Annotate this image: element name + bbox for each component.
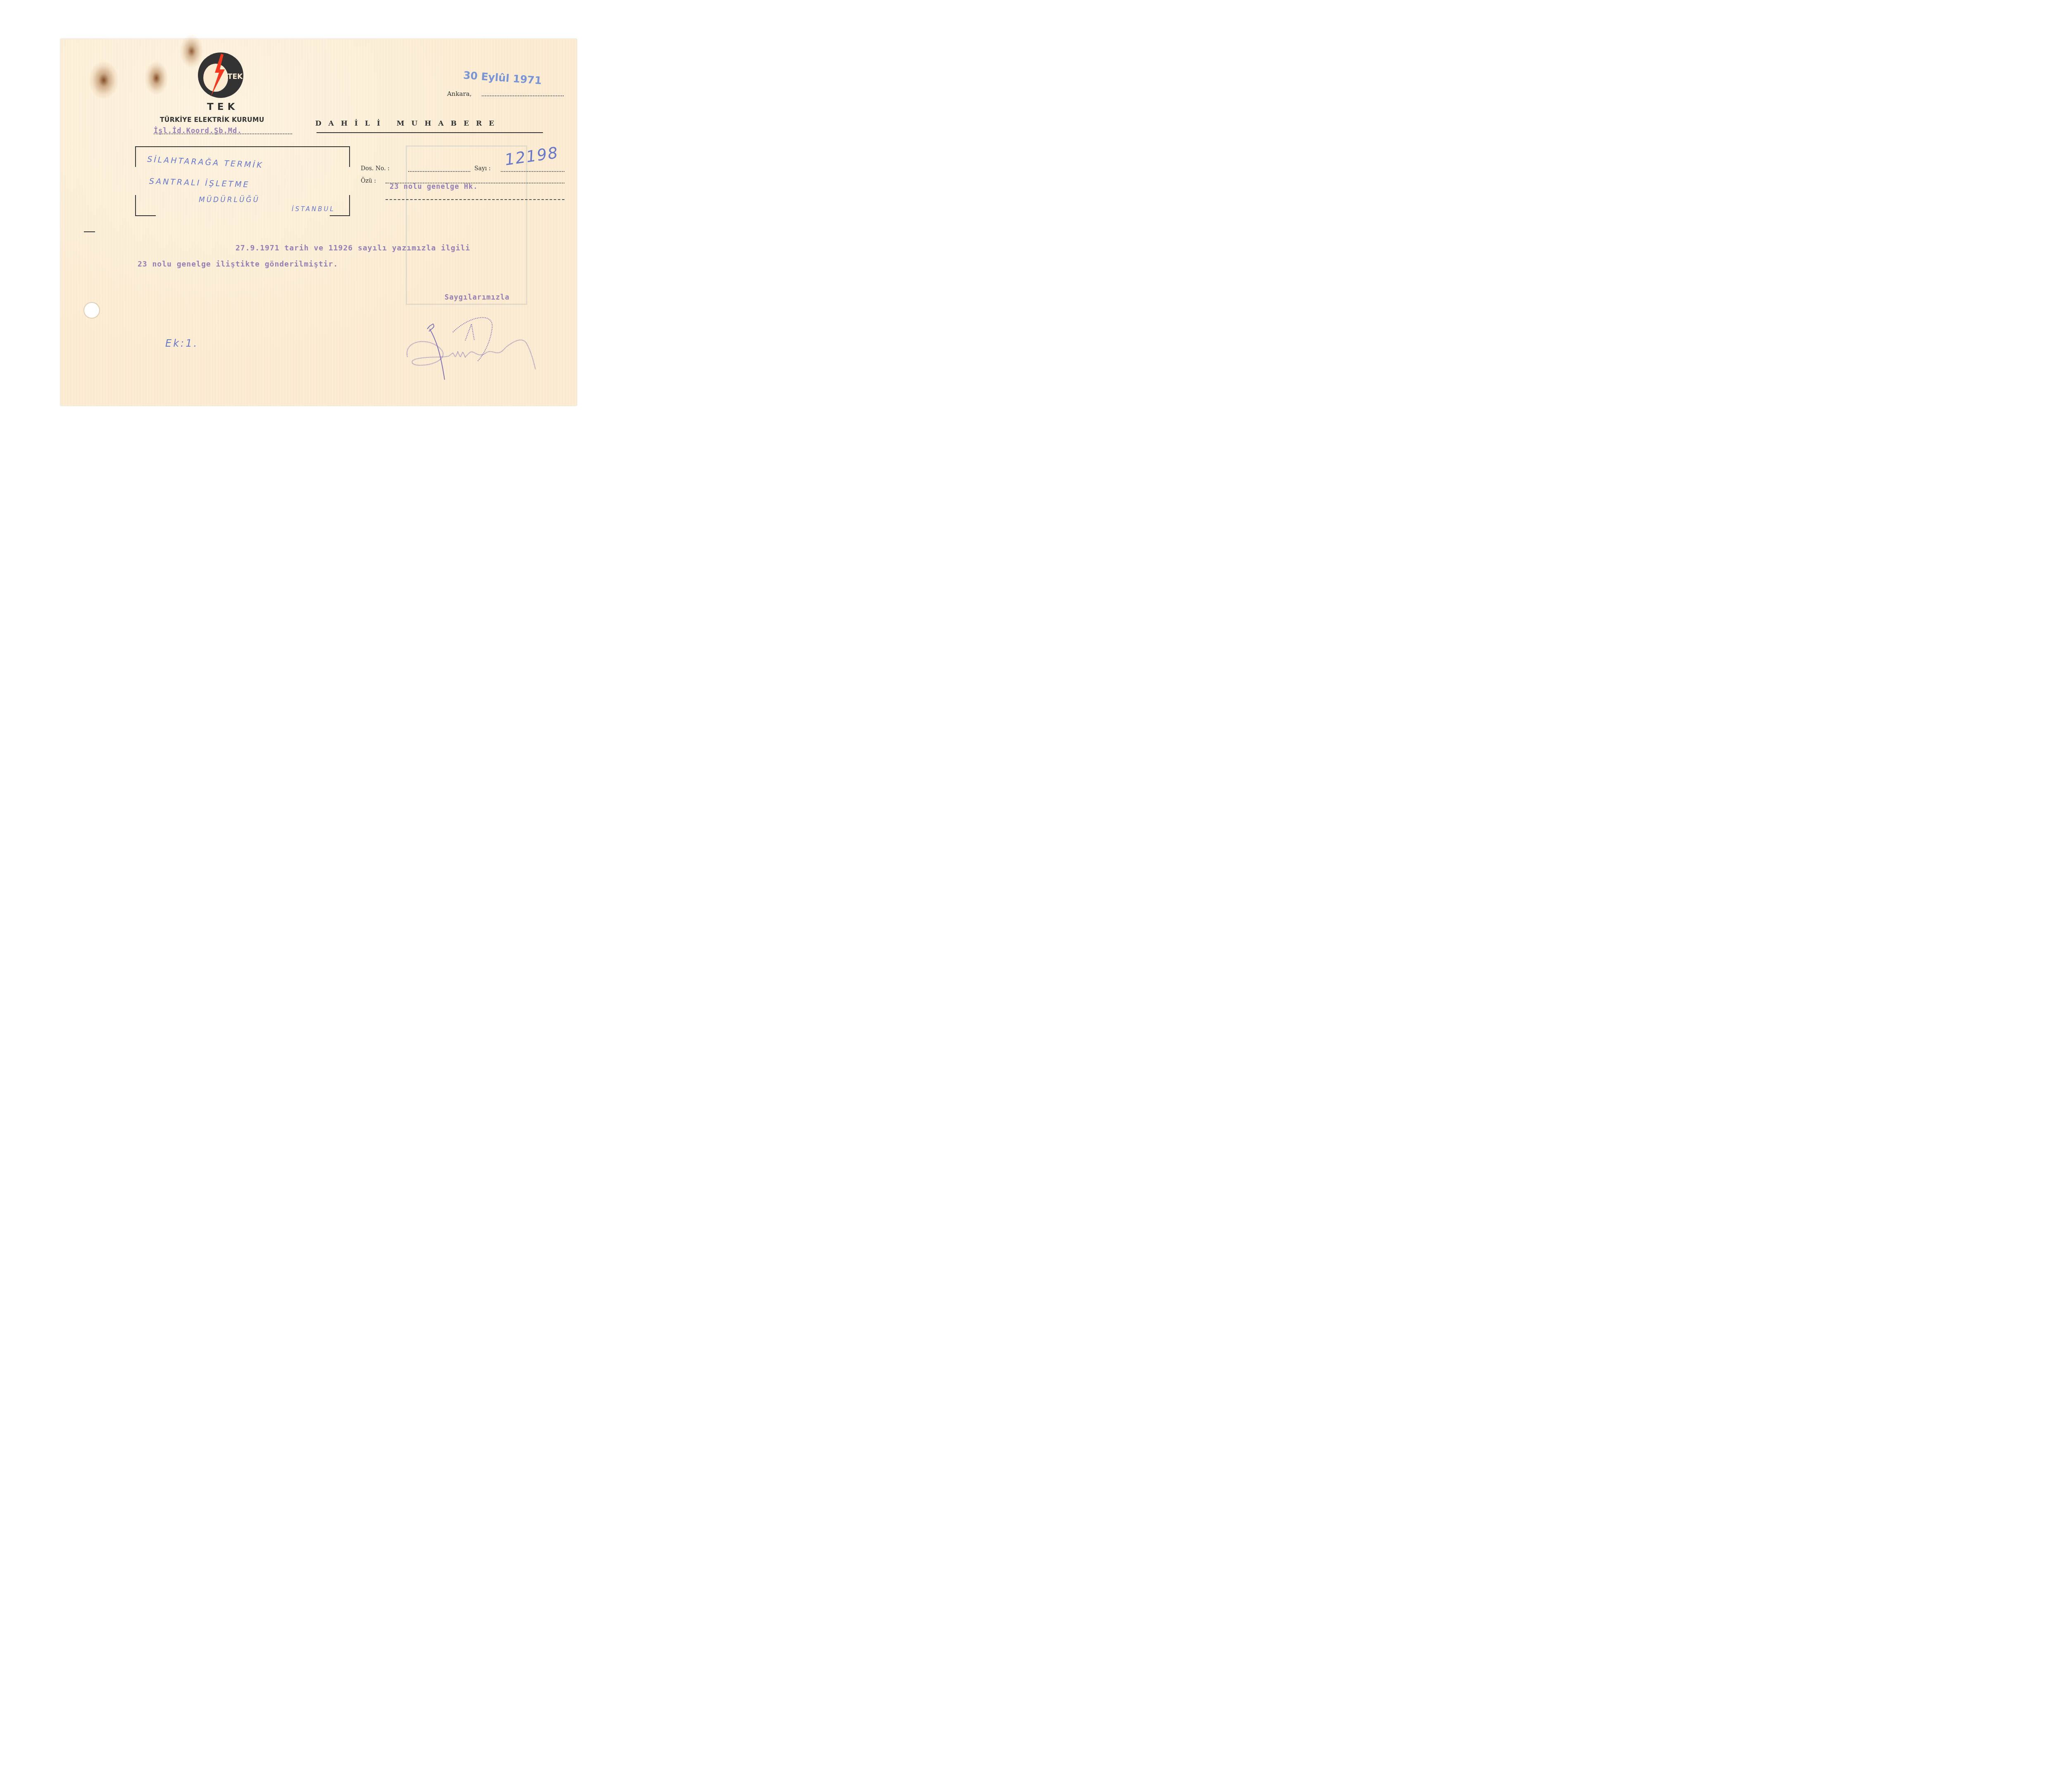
address-box-right-top — [349, 146, 350, 167]
form-title: DAHİLİ MUHABERE — [315, 119, 501, 128]
ozu-second-line — [386, 199, 564, 200]
tek-lightning-logo-icon: TEK — [198, 52, 244, 98]
letter-paper: TEK TEK TÜRKİYE ELEKTRİK KURUMU İşl.İd.K… — [60, 39, 577, 406]
ozu-label: Özü : — [361, 178, 376, 184]
org-abbreviation: TEK — [207, 102, 238, 112]
ozu-value: 23 nolu genelge Hk. — [390, 183, 478, 191]
margin-dash — [84, 231, 95, 232]
department-dotted-line — [154, 133, 292, 134]
date-dotted-line — [482, 95, 564, 96]
svg-text:TEK: TEK — [228, 73, 243, 81]
date-stamp: 30 Eylûl 1971 — [463, 69, 542, 86]
body-line-2: 23 nolu genelge iliştikte gönderilmiştir… — [138, 260, 338, 269]
address-box-bottom-right — [330, 215, 350, 216]
closing: Saygılarımızla — [445, 293, 509, 302]
address-box-top — [135, 146, 350, 147]
recipient-line-1: SİLAHTARAĞA TERMİK — [147, 155, 264, 170]
attachment-note: Ek:1. — [165, 338, 198, 349]
dos-no-label: Dos. No. : — [361, 165, 390, 172]
title-underline — [317, 132, 543, 133]
rust-stain — [145, 62, 168, 95]
address-box-right-bottom — [349, 195, 350, 216]
recipient-line-3: MÜDÜRLÜĞÜ — [199, 196, 260, 204]
recipient-city: İSTANBUL — [292, 205, 335, 213]
place-label: Ankara, — [447, 90, 471, 98]
recipient-line-2: SANTRALI İŞLETME — [149, 177, 250, 189]
address-box-left-top — [135, 146, 136, 167]
body-line-1: 27.9.1971 tarih ve 11926 sayılı yazımızl… — [236, 244, 470, 252]
sayi-field — [501, 171, 564, 172]
sayi-label: Sayı : — [474, 165, 491, 172]
address-box-bottom-left — [135, 215, 156, 216]
dos-no-field — [408, 171, 470, 172]
punch-hole — [84, 303, 99, 318]
rust-stain — [89, 62, 118, 99]
org-name: TÜRKİYE ELEKTRİK KURUMU — [160, 116, 264, 124]
address-box-left-bottom — [135, 195, 136, 216]
handwritten-signature-icon — [403, 307, 552, 382]
bleed-through-stamp — [406, 145, 527, 305]
